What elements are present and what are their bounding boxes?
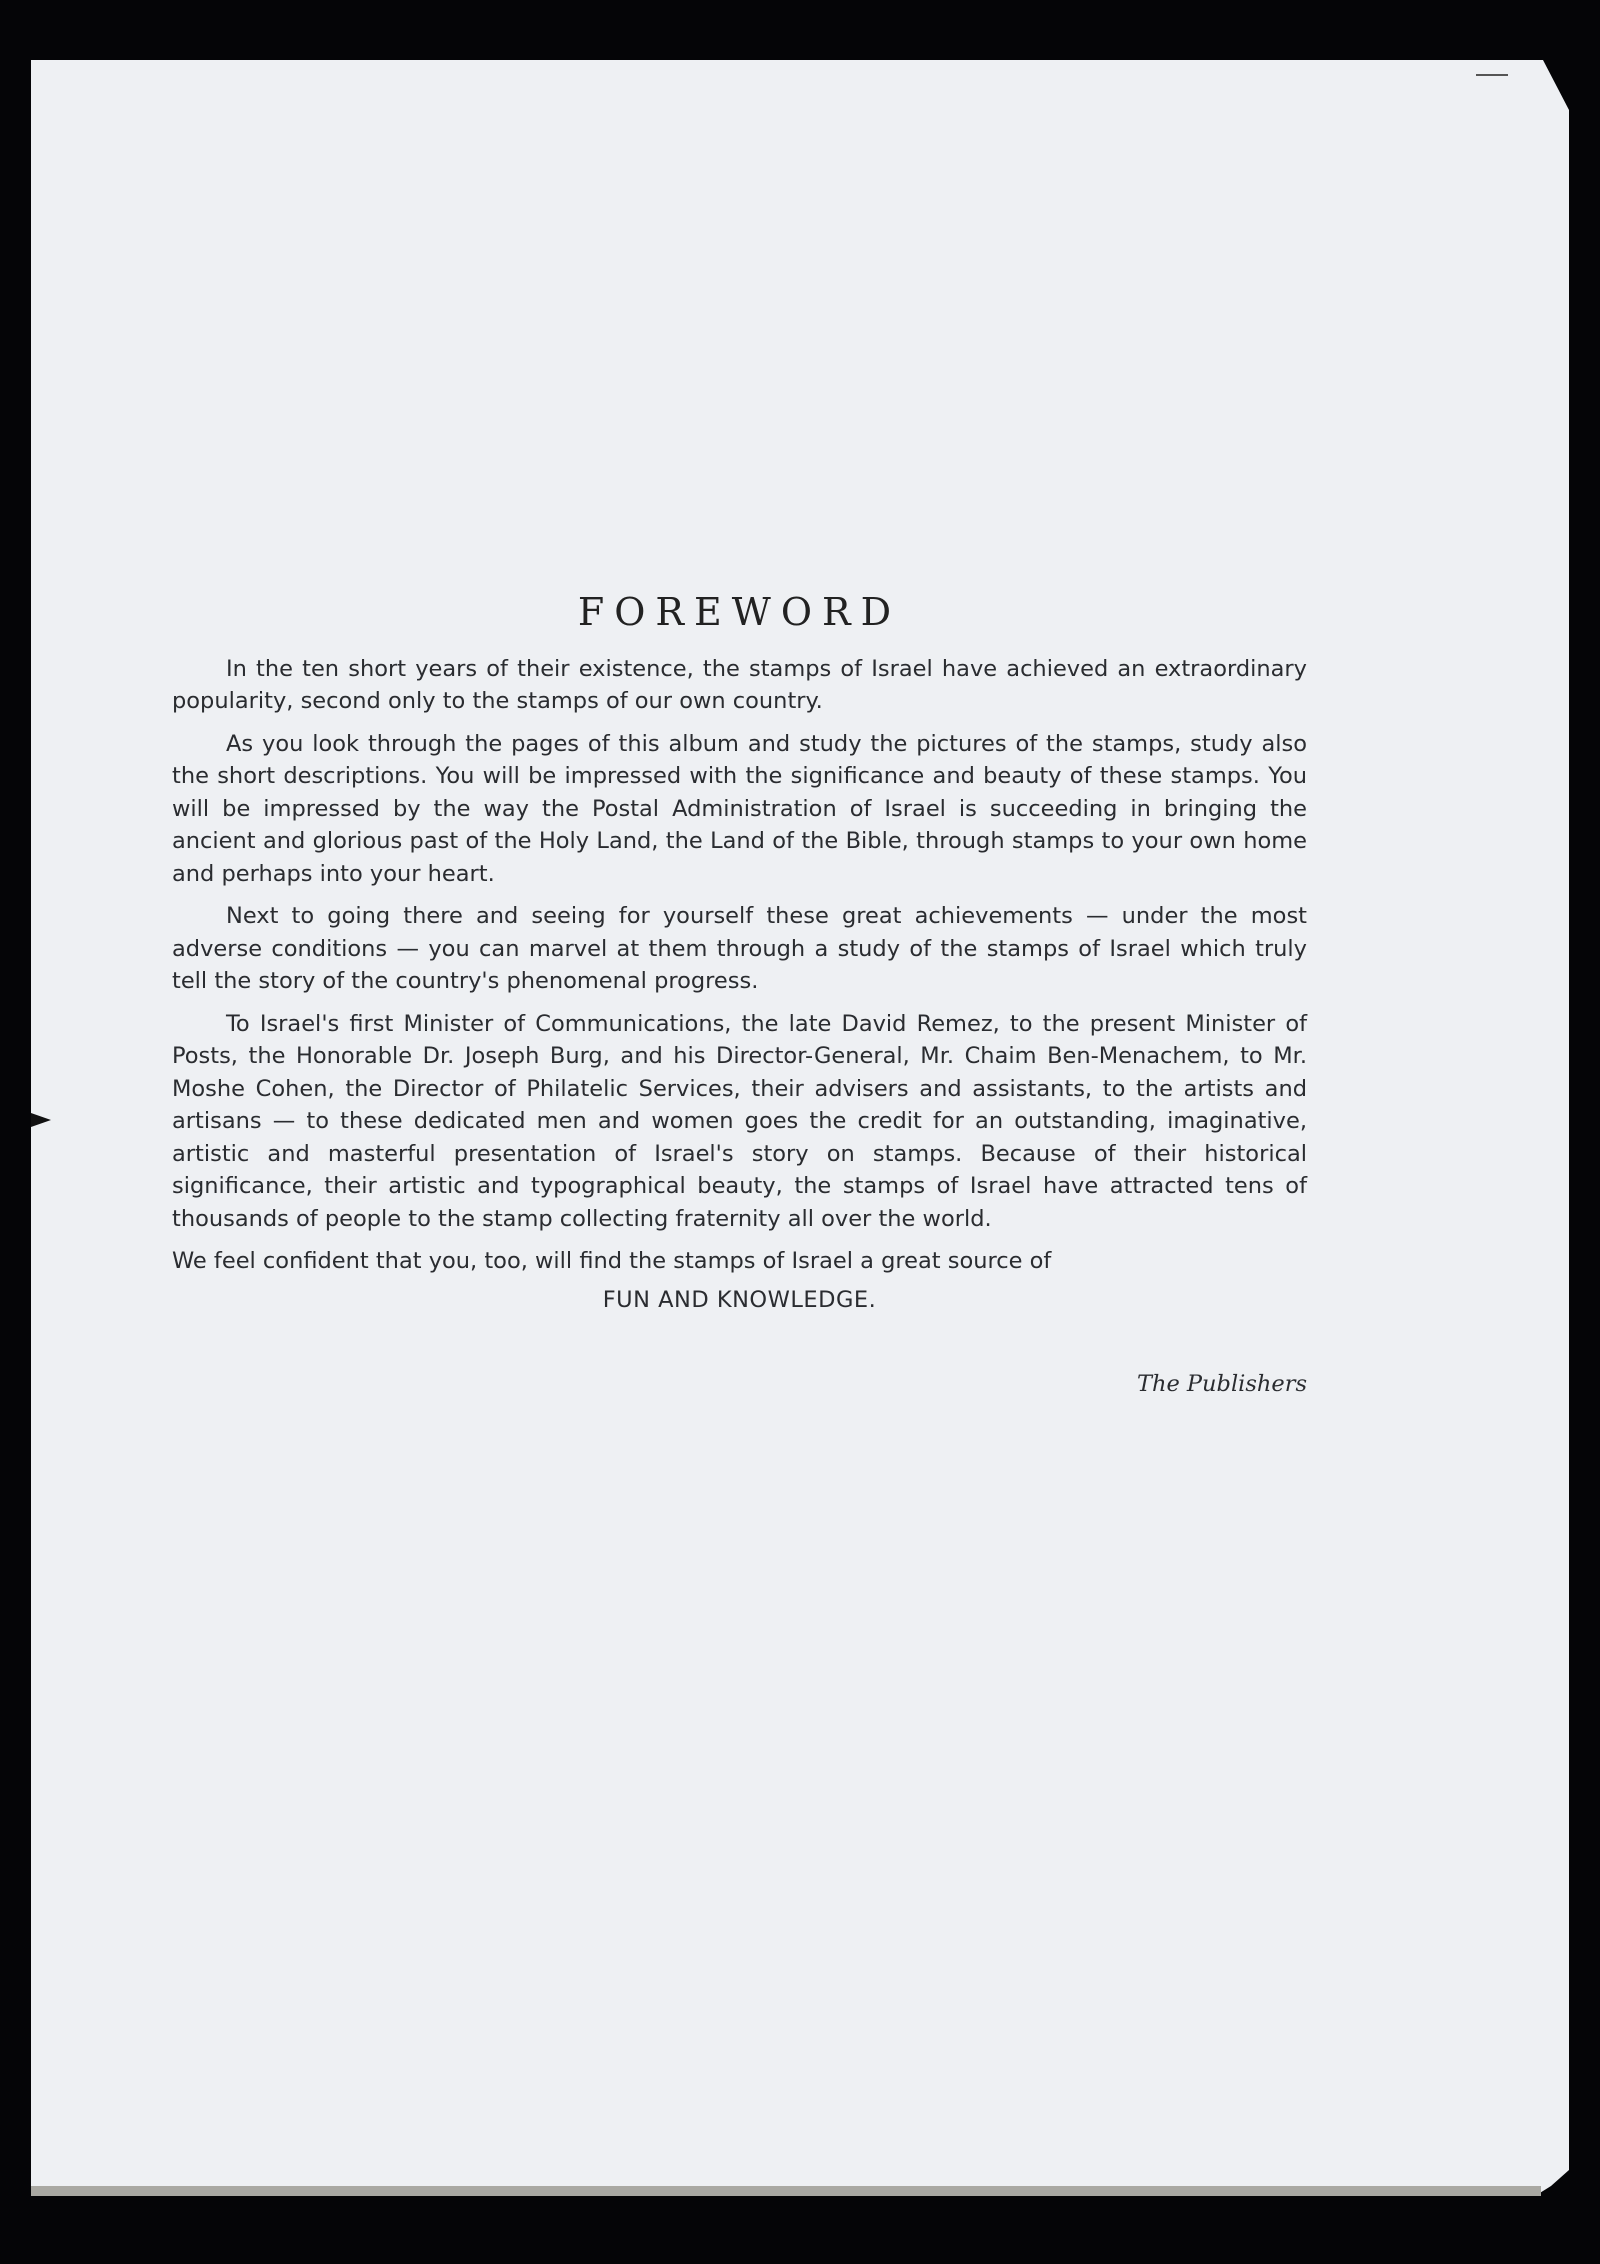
paragraph-3: Next to going there and seeing for yours… <box>172 900 1307 998</box>
paragraph-2: As you look through the pages of this al… <box>172 728 1307 891</box>
final-line: We feel confident that you, too, will fi… <box>172 1245 1307 1278</box>
paragraph-4: To Israel's first Minister of Communicat… <box>172 1008 1307 1236</box>
binding-notch <box>31 1113 51 1127</box>
corner-mark <box>1476 74 1508 76</box>
closing-phrase: FUN AND KNOWLEDGE. <box>172 1284 1307 1317</box>
signature: The Publishers <box>172 1368 1307 1401</box>
paragraph-1: In the ten short years of their existenc… <box>172 653 1307 718</box>
page-title: FOREWORD <box>172 596 1307 629</box>
page-edge-shadow <box>31 2186 1541 2196</box>
foreword-content: FOREWORD In the ten short years of their… <box>172 596 1307 1401</box>
